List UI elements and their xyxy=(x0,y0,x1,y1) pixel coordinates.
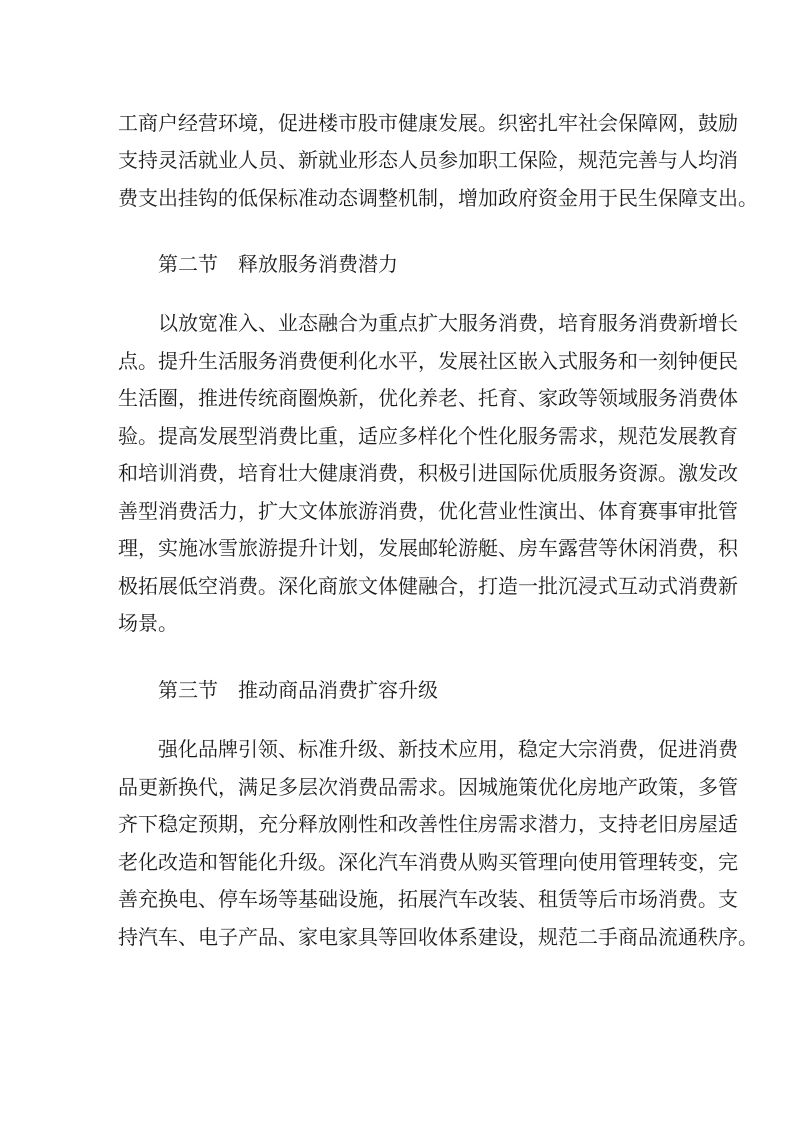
paragraph-line: 理，实施冰雪旅游提升计划，发展邮轮游艇、房车露营等休闲消费，积 xyxy=(118,536,691,560)
paragraph-line: 强化品牌引领、标准升级、新技术应用，稳定大宗消费，促进消费 xyxy=(158,737,691,761)
paragraph-line: 费支出挂钩的低保标准动态调整机制，增加政府资金用于民生保障支出。 xyxy=(118,186,691,210)
section-heading: 第三节 推动商品消费扩容升级 xyxy=(158,678,438,702)
paragraph-line: 场景。 xyxy=(118,611,691,635)
paragraph-line: 以放宽准入、业态融合为重点扩大服务消费，培育服务消费新增长 xyxy=(158,311,691,335)
paragraph-line: 老化改造和智能化升级。深化汽车消费从购买管理向使用管理转变，完 xyxy=(118,850,691,874)
paragraph-line: 极拓展低空消费。深化商旅文体健融合，打造一批沉浸式互动式消费新 xyxy=(118,574,691,598)
paragraph-line: 点。提升生活服务消费便利化水平，发展社区嵌入式服务和一刻钟便民 xyxy=(118,349,691,373)
section-heading: 第二节 释放服务消费潜力 xyxy=(158,252,398,276)
paragraph-line: 善充换电、停车场等基础设施，拓展汽车改装、租赁等后市场消费。支 xyxy=(118,887,691,911)
paragraph-line: 工商户经营环境，促进楼市股市健康发展。织密扎牢社会保障网，鼓励 xyxy=(118,111,691,135)
paragraph-line: 生活圈，推进传统商圈焕新，优化养老、托育、家政等领域服务消费体 xyxy=(118,386,691,410)
paragraph-line: 和培训消费，培育壮大健康消费，积极引进国际优质服务资源。激发改 xyxy=(118,461,691,485)
document-page: 工商户经营环境，促进楼市股市健康发展。织密扎牢社会保障网，鼓励 支持灵活就业人员… xyxy=(0,0,793,1122)
paragraph-line: 持汽车、电子产品、家电家具等回收体系建设，规范二手商品流通秩序。 xyxy=(118,925,691,949)
paragraph-line: 齐下稳定预期，充分释放刚性和改善性住房需求潜力，支持老旧房屋适 xyxy=(118,812,691,836)
paragraph-line: 验。提高发展型消费比重，适应多样化个性化服务需求，规范发展教育 xyxy=(118,424,691,448)
paragraph-line: 善型消费活力，扩大文体旅游消费，优化营业性演出、体育赛事审批管 xyxy=(118,499,691,523)
paragraph-line: 支持灵活就业人员、新就业形态人员参加职工保险，规范完善与人均消 xyxy=(118,148,691,172)
paragraph-line: 品更新换代，满足多层次消费品需求。因城施策优化房地产政策，多管 xyxy=(118,775,691,799)
